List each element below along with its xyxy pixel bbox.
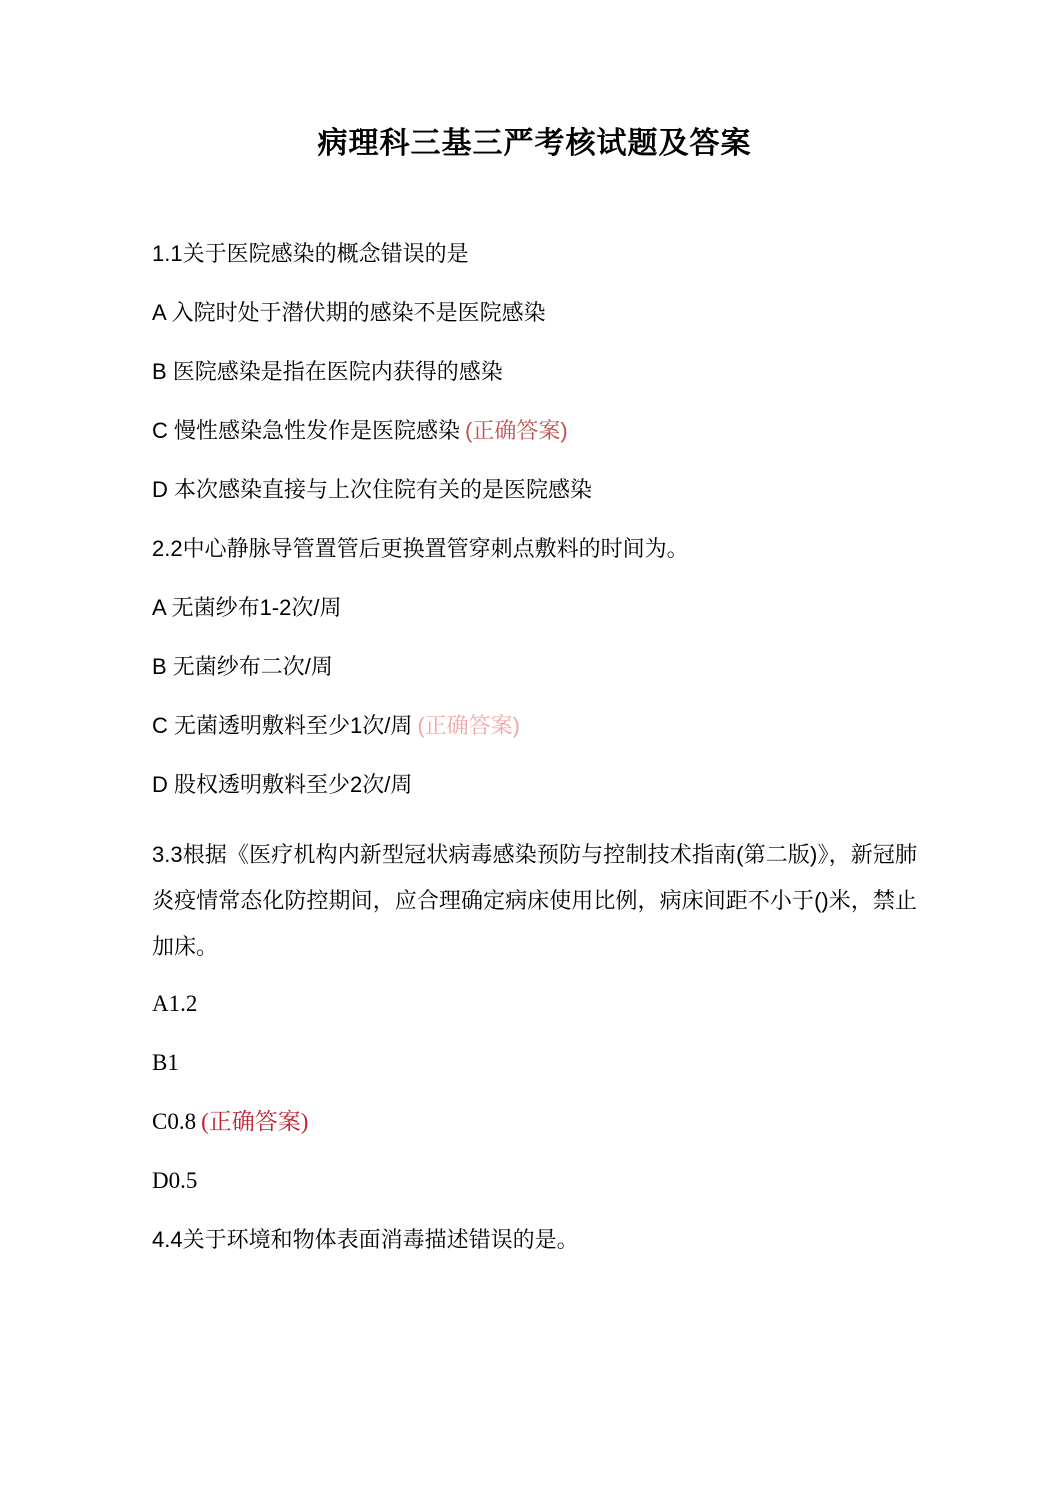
document-page: 病理科三基三严考核试题及答案 1.1关于医院感染的概念错误的是A 入院时处于潜伏… <box>0 0 1056 1493</box>
option-text: D0.5 <box>152 1168 197 1193</box>
option-text: D 本次感染直接与上次住院有关的是医院感染 <box>152 477 592 502</box>
option-line: D 股权透明敷料至少2次/周 <box>152 773 917 797</box>
question-text: 3.3根据《医疗机构内新型冠状病毒感染预防与控制技术指南(第二版)》，新冠肺炎疫… <box>152 832 917 970</box>
option-line: D0.5 <box>152 1169 917 1193</box>
option-line: B 无菌纱布二次/周 <box>152 655 917 679</box>
question-text: 4.4关于环境和物体表面消毒描述错误的是。 <box>152 1228 917 1252</box>
correct-answer-tag: (正确答案) <box>465 418 568 443</box>
question-text: 2.2中心静脉导管置管后更换置管穿刺点敷料的时间为。 <box>152 537 917 561</box>
option-text: A 无菌纱布1-2次/周 <box>152 595 341 620</box>
correct-answer-tag: (正确答案) <box>201 1109 308 1134</box>
option-text: B 医院感染是指在医院内获得的感染 <box>152 359 503 384</box>
option-text: C0.8 <box>152 1109 196 1134</box>
option-line: A 无菌纱布1-2次/周 <box>152 596 917 620</box>
option-line: B 医院感染是指在医院内获得的感染 <box>152 360 917 384</box>
correct-answer-tag: (正确答案) <box>417 713 520 738</box>
option-line: A1.2 <box>152 992 917 1016</box>
option-text: D 股权透明敷料至少2次/周 <box>152 772 412 797</box>
option-line: C 慢性感染急性发作是医院感染(正确答案) <box>152 419 917 443</box>
page-title: 病理科三基三严考核试题及答案 <box>152 118 917 162</box>
option-text: B 无菌纱布二次/周 <box>152 654 333 679</box>
option-line: C 无菌透明敷料至少1次/周(正确答案) <box>152 714 917 738</box>
question-list: 1.1关于医院感染的概念错误的是A 入院时处于潜伏期的感染不是医院感染B 医院感… <box>152 242 917 1252</box>
question-text: 1.1关于医院感染的概念错误的是 <box>152 242 917 266</box>
option-line: C0.8(正确答案) <box>152 1110 917 1134</box>
option-text: C 慢性感染急性发作是医院感染 <box>152 418 460 443</box>
option-text: A 入院时处于潜伏期的感染不是医院感染 <box>152 300 546 325</box>
option-line: D 本次感染直接与上次住院有关的是医院感染 <box>152 478 917 502</box>
option-line: A 入院时处于潜伏期的感染不是医院感染 <box>152 301 917 325</box>
option-line: B1 <box>152 1051 917 1075</box>
option-text: A1.2 <box>152 991 197 1016</box>
option-text: C 无菌透明敷料至少1次/周 <box>152 713 412 738</box>
option-text: B1 <box>152 1050 179 1075</box>
